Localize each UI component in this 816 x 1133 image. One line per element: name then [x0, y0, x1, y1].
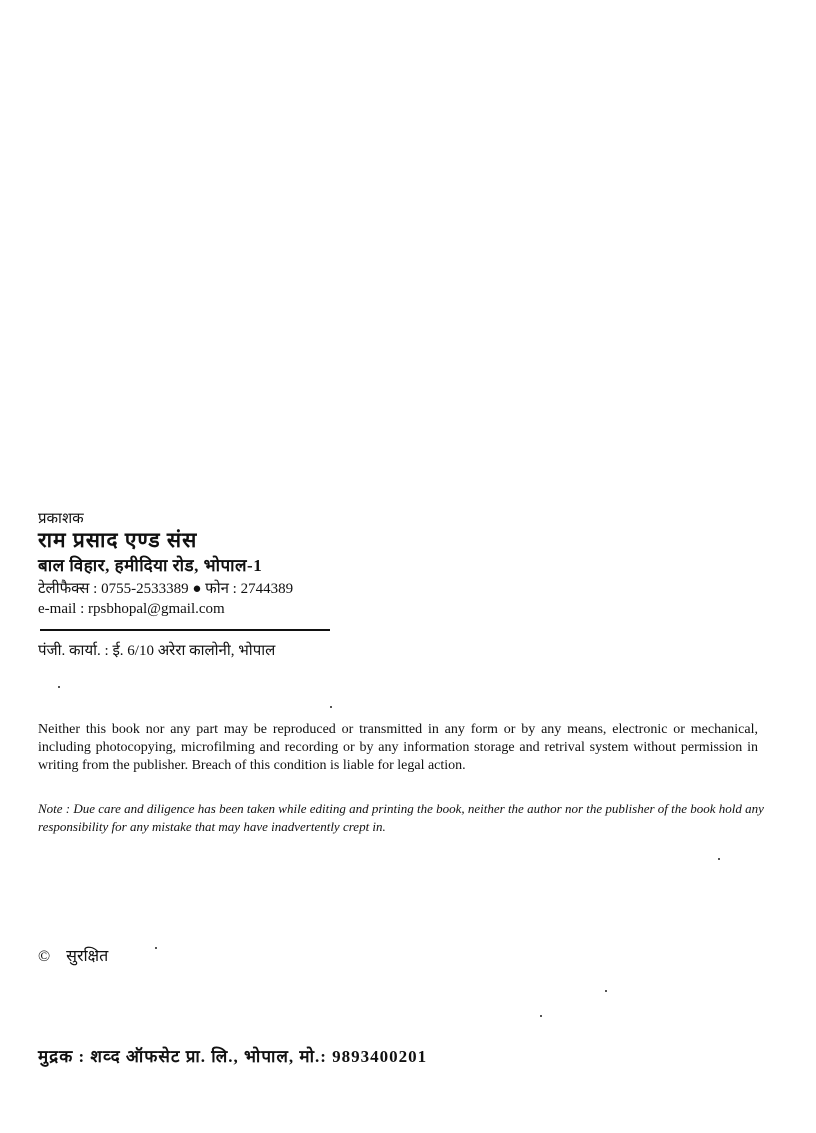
scan-speck — [330, 706, 332, 708]
publisher-email: e-mail : rpsbhopal@gmail.com — [38, 601, 225, 618]
scan-speck — [540, 1015, 542, 1017]
disclaimer-note: Note : Due care and diligence has been t… — [38, 800, 768, 836]
divider — [40, 629, 330, 631]
legal-notice: Neither this book nor any part may be re… — [38, 721, 758, 775]
printer-info: मुद्रक : शव्द ऑफसेट प्रा. लि., भोपाल, मो… — [38, 1044, 427, 1067]
scan-speck — [718, 858, 720, 860]
registered-office: पंजी. कार्या. : ई. 6/10 अरेरा कालोनी, भो… — [38, 640, 275, 660]
scan-speck — [605, 990, 607, 992]
scan-speck — [155, 947, 157, 949]
copyright-text: सुरक्षित — [66, 948, 108, 965]
scan-speck — [58, 686, 60, 688]
copyright-line: © सुरक्षित — [38, 944, 108, 966]
copyright-icon: © — [38, 948, 50, 965]
publisher-telefax: टेलीफैक्स : 0755-2533389 ● फोन : 2744389 — [38, 578, 293, 598]
publisher-label: प्रकाशक — [38, 508, 84, 528]
publisher-address: बाल विहार, हमीदिया रोड, भोपाल-1 — [38, 553, 262, 576]
publisher-name: राम प्रसाद एण्ड संस — [38, 526, 197, 554]
